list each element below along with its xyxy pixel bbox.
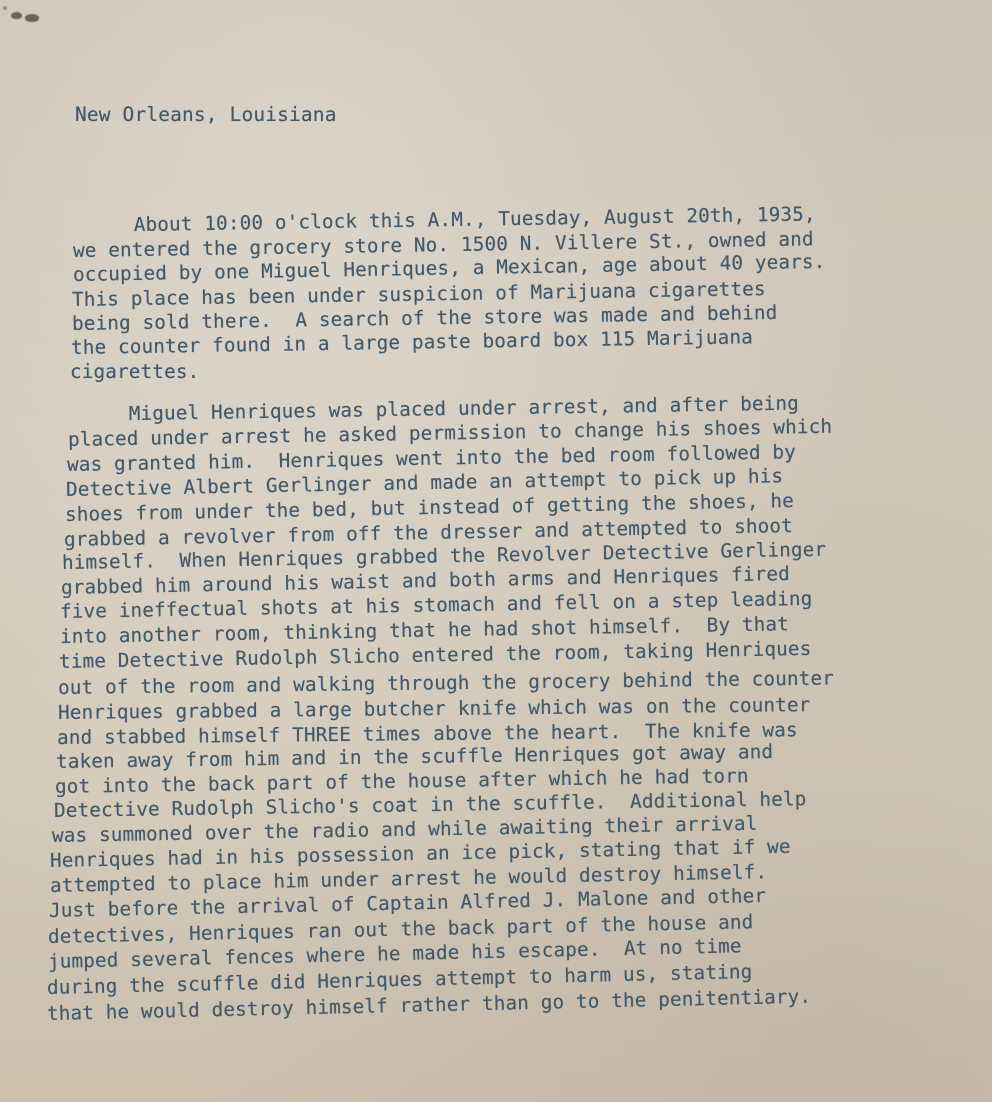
- ink-smudge: [3, 6, 7, 10]
- text-line: out of the room and walking through the …: [58, 669, 834, 698]
- text-line: cigarettes.: [70, 362, 199, 381]
- location-heading: New Orleans, Louisiana: [75, 105, 337, 125]
- text-line: Henriques grabbed a large butcher knife …: [58, 695, 811, 722]
- typewritten-page: New Orleans, Louisiana About 10:00 o'clo…: [0, 0, 992, 1102]
- ink-smudge: [11, 12, 22, 19]
- ink-smudge: [25, 14, 39, 22]
